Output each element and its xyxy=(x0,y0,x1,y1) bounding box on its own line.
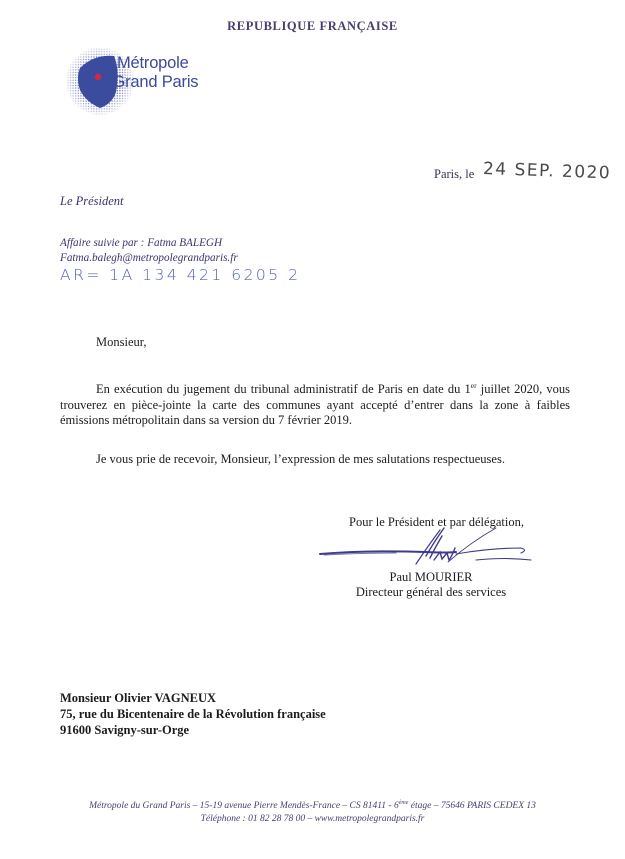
affaire-suivie: Affaire suivie par : Fatma BALEGH xyxy=(60,236,238,251)
logo-title-line2: duGrand Paris xyxy=(103,73,198,92)
recipient-name: Monsieur Olivier VAGNEUX xyxy=(60,690,326,706)
logo-grand-paris: Grand Paris xyxy=(113,73,199,91)
signer-name: Paul MOURIER xyxy=(300,570,562,585)
contact-email: Fatma.balegh@metropolegrandparis.fr xyxy=(60,251,238,266)
signer-role: Directeur général des services xyxy=(300,585,562,600)
date-stamp: 24 SEP. 2020 xyxy=(483,159,612,183)
footer-contact: Téléphone : 01 82 28 78 00 – www.metropo… xyxy=(0,813,625,826)
closing-formula: Je vous prie de recevoir, Monsieur, l’ex… xyxy=(96,452,505,467)
footer-address-b: étage – 75646 PARIS CEDEX 13 xyxy=(408,801,536,811)
recipient-city: 91600 Savigny-sur-Orge xyxy=(60,722,326,738)
date-place: Paris, le xyxy=(434,167,474,182)
recipient-address: Monsieur Olivier VAGNEUX 75, rue du Bice… xyxy=(60,690,326,738)
sender-title: Le Président xyxy=(60,194,124,209)
body-text-1: En exécution du jugement du tribunal adm… xyxy=(96,382,471,396)
footer: Métropole du Grand Paris – 15-19 avenue … xyxy=(0,797,625,826)
sender-contact: Affaire suivie par : Fatma BALEGH Fatma.… xyxy=(60,236,238,266)
republic-heading: REPUBLIQUE FRANÇAISE xyxy=(0,19,625,34)
salutation: Monsieur, xyxy=(96,335,147,350)
letter-body: En exécution du jugement du tribunal adm… xyxy=(60,378,570,429)
footer-address: Métropole du Grand Paris – 15-19 avenue … xyxy=(0,797,625,813)
logo-du: du xyxy=(103,73,112,82)
signer-block: Paul MOURIER Directeur général des servi… xyxy=(300,570,562,600)
footer-sup: ème xyxy=(399,800,409,806)
ar-handwritten-reference: AR= 1A 134 421 6205 2 xyxy=(60,266,300,284)
footer-address-a: Métropole du Grand Paris – 15-19 avenue … xyxy=(89,801,399,811)
recipient-street: 75, rue du Bicentenaire de la Révolution… xyxy=(60,706,326,722)
handwritten-signature-icon xyxy=(316,526,546,568)
logo-title-line1: Métropole xyxy=(117,54,189,73)
